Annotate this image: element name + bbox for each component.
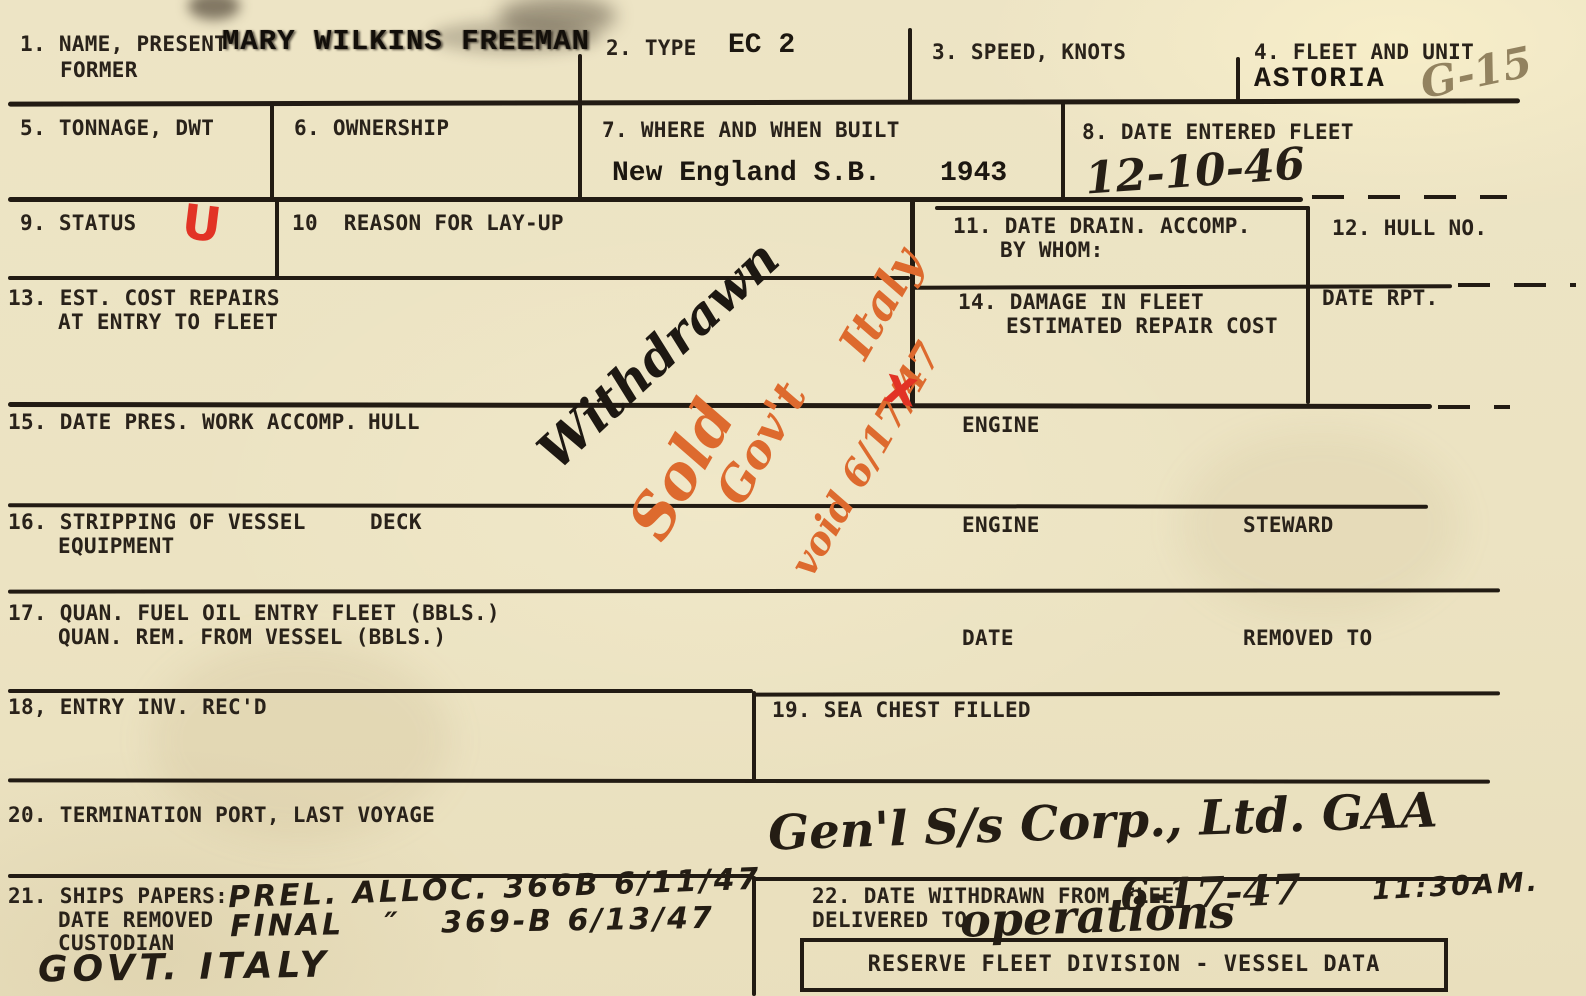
field-22-delivered-to: operations <box>959 888 1235 944</box>
rule <box>8 503 1428 508</box>
field-5-label: 5. TONNAGE, DWT <box>20 116 214 141</box>
footer-title-box: RESERVE FLEET DIVISION - VESSEL DATA <box>800 938 1448 992</box>
rule <box>8 689 753 693</box>
field-22-label-line2: DELIVERED TO <box>812 908 967 933</box>
rule <box>8 778 1490 783</box>
field-16-label-line1: 16. STRIPPING OF VESSEL <box>8 510 306 535</box>
rule <box>275 199 279 278</box>
rule <box>270 102 274 199</box>
rule <box>578 102 582 199</box>
field-9-status-mark: U <box>179 194 225 254</box>
rule <box>752 691 756 781</box>
field-1-former-label: FORMER <box>60 58 138 83</box>
field-11-label-line2: BY WHOM: <box>1000 238 1104 263</box>
rule <box>752 691 1500 696</box>
field-22-time: 11:30AM. <box>1371 868 1540 906</box>
field-19-label: 19. SEA CHEST FILLED <box>772 698 1031 723</box>
field-7-label: 7. WHERE AND WHEN BUILT <box>602 118 900 143</box>
field-7-year: 1943 <box>940 160 1007 188</box>
orange-annotation-void-date: void 6/17/47 <box>784 336 948 582</box>
field-17-label-line1: 17. QUAN. FUEL OIL ENTRY FLEET (BBLS.) <box>8 601 500 626</box>
field-11-label-line1: 11. DATE DRAIN. ACCOMP. <box>953 214 1251 239</box>
rule-dashed <box>1438 405 1510 409</box>
field-7-builder: New England S.B. <box>612 160 881 188</box>
field-2-value: EC 2 <box>728 32 795 60</box>
field-9-label: 9. STATUS <box>20 211 137 236</box>
field-17-label-line2: QUAN. REM. FROM VESSEL (BBLS.) <box>58 625 446 650</box>
rule <box>908 28 912 102</box>
ink-smudge <box>188 0 240 20</box>
field-2-label: 2. TYPE <box>606 36 697 61</box>
field-15-hull-label: HULL <box>368 410 420 435</box>
rule <box>1061 100 1065 200</box>
field-13-label-line2: AT ENTRY TO FLEET <box>58 310 278 335</box>
field-15-engine-label: ENGINE <box>962 413 1040 438</box>
rule-dashed <box>1458 283 1576 287</box>
field-16-label-line2: EQUIPMENT <box>58 534 175 559</box>
field-21-label-line2: DATE REMOVED <box>58 908 213 933</box>
rule <box>935 206 1310 210</box>
field-17-date-label: DATE <box>962 626 1014 651</box>
field-8-value: 12-10-46 <box>1084 142 1307 201</box>
field-18-label: 18, ENTRY INV. REC'D <box>8 695 267 720</box>
field-21-label-line1: 21. SHIPS PAPERS: <box>8 884 228 909</box>
rule <box>8 98 1520 106</box>
field-12-label: 12. HULL NO. <box>1332 216 1487 241</box>
field-1-label: 1. NAME, PRESENT <box>20 32 227 57</box>
rule <box>578 54 582 102</box>
field-16-deck-label: DECK <box>370 510 422 535</box>
field-16-engine-label: ENGINE <box>962 513 1040 538</box>
vessel-data-card: 1. NAME, PRESENT MARY WILKINS FREEMAN FO… <box>0 0 1586 996</box>
field-17-removed-to-label: REMOVED TO <box>1243 626 1372 651</box>
field-1-value-ship-name: MARY WILKINS FREEMAN <box>222 27 590 56</box>
field-16-steward-label: STEWARD <box>1243 513 1334 538</box>
rule-dashed <box>1312 195 1507 199</box>
field-10-label: 10 REASON FOR LAY-UP <box>292 211 564 236</box>
field-8-label: 8. DATE ENTERED FLEET <box>1082 120 1354 145</box>
field-13-label-line1: 13. EST. COST REPAIRS <box>8 286 280 311</box>
rule <box>1236 57 1240 103</box>
field-14-label-line1: 14. DAMAGE IN FLEET <box>958 290 1204 315</box>
field-14-date-rpt-label: DATE RPT. <box>1322 286 1439 311</box>
field-21-value-line2: FINAL ″ 369-B 6/13/47 <box>230 902 715 943</box>
rule <box>8 588 1500 593</box>
field-21-value-line3: GOVT. ITALY <box>38 945 331 990</box>
field-6-label: 6. OWNERSHIP <box>294 116 449 141</box>
field-15-label: 15. DATE PRES. WORK ACCOMP. <box>8 410 357 435</box>
field-4-value: ASTORIA <box>1254 66 1386 94</box>
field-20-value: Gen'l S/s Corp., Ltd. GAA <box>767 786 1438 857</box>
field-20-label: 20. TERMINATION PORT, LAST VOYAGE <box>8 803 435 828</box>
field-3-label: 3. SPEED, KNOTS <box>932 40 1126 65</box>
rule <box>1306 206 1310 404</box>
footer-title: RESERVE FLEET DIVISION - VESSEL DATA <box>868 952 1381 978</box>
field-14-label-line2: ESTIMATED REPAIR COST <box>1006 314 1278 339</box>
